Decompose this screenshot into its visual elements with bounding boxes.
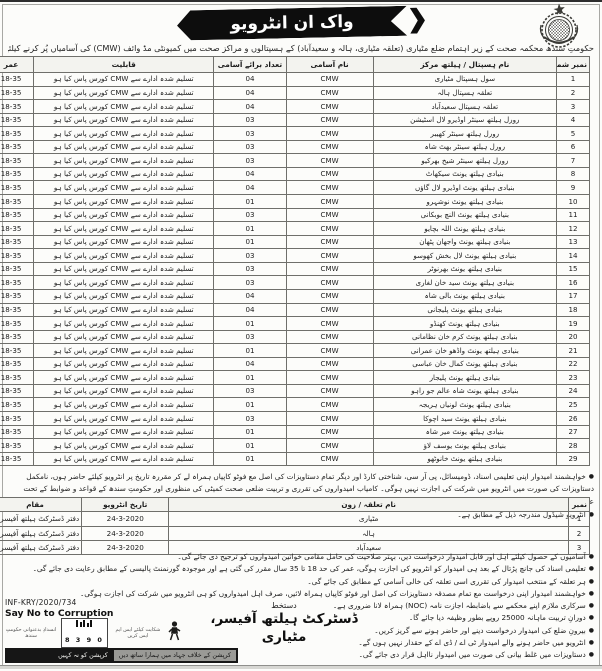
serial-cell: 2	[556, 86, 589, 100]
post-cell: CMW	[286, 140, 373, 154]
count-cell: 01	[214, 371, 286, 385]
qualification-cell: تسلیم شدہ ادارے سے CMW کورس پاس کیا ہو	[34, 72, 214, 86]
headline-banner: واک ان انٹرویو	[177, 5, 426, 40]
post-cell: CMW	[286, 72, 373, 86]
note-line: ●تعلیمی اسناد کی جانچ پڑتال کے بعد ہی ام…	[8, 563, 594, 575]
newspaper-advert-page: واک ان انٹرویو حکومتِ سندھ محکمہ صحت کے …	[0, 0, 602, 671]
serial-cell: 4	[556, 113, 589, 127]
vacancy-row: 23 بنیادی ہیلتھ یونٹ پلیجار CMW 01 تسلیم…	[0, 371, 590, 385]
post-cell: CMW	[286, 398, 373, 412]
vacancy-row: 8 بنیادی ہیلتھ یونٹ سیکھاٹ CMW 04 تسلیم …	[0, 167, 590, 181]
facility-cell: بنیادی ہیلتھ یونٹ النچ بوبکانی	[373, 208, 556, 222]
post-cell: CMW	[286, 357, 373, 371]
post-cell: CMW	[286, 384, 373, 398]
facility-cell: رورل ہیلتھ سینٹر اوڈیرو لال اسٹیشن	[373, 113, 556, 127]
vacancy-row: 21 بنیادی ہیلتھ یونٹ واڈھو خان عمرانی CM…	[0, 344, 590, 358]
serial-cell: 23	[556, 371, 589, 385]
qualification-cell: تسلیم شدہ ادارے سے CMW کورس پاس کیا ہو	[34, 249, 214, 263]
note-text: انٹرویو میں حاضر ہونے والے امیدوار ٹی اے…	[358, 638, 585, 647]
post-cell: CMW	[286, 452, 373, 466]
serial-cell: 27	[556, 425, 589, 439]
count-cell: 01	[214, 222, 286, 236]
count-cell: 03	[214, 113, 286, 127]
qualification-cell: تسلیم شدہ ادارے سے CMW کورس پاس کیا ہو	[34, 317, 214, 331]
age-cell: 18-35	[0, 235, 34, 249]
age-cell: 18-35	[0, 100, 34, 114]
banner-ribbon: واک ان انٹرویو	[177, 6, 408, 41]
age-cell: 18-35	[0, 425, 34, 439]
qualification-cell: تسلیم شدہ ادارے سے CMW کورس پاس کیا ہو	[34, 140, 214, 154]
count-cell: 03	[214, 262, 286, 276]
qualification-cell: تسلیم شدہ ادارے سے CMW کورس پاس کیا ہو	[34, 398, 214, 412]
serial-cell: 1	[568, 512, 589, 526]
count-cell: 04	[214, 357, 286, 371]
vacancy-row: 24 بنیادی ہیلتھ یونٹ شاہ عالم جو راہو CM…	[0, 384, 590, 398]
col-taluka: نام تعلقہ / زون	[169, 498, 569, 512]
col-serial: نمبر شمار	[556, 57, 589, 73]
facility-cell: بنیادی ہیلتھ یونٹ لونیاں ہریجہ	[373, 398, 556, 412]
age-cell: 18-35	[0, 140, 34, 154]
age-cell: 18-35	[0, 154, 34, 168]
col-date: تاریخ انٹرویو	[82, 498, 169, 512]
note-line: ●آسامیوں کے حصول کیلئے اہل اور قابل امید…	[8, 551, 594, 563]
facility-cell: بنیادی ہیلتھ یونٹ پلیجانی	[373, 303, 556, 317]
facility-cell: رورل ہیلتھ سینٹر کھیبر	[373, 127, 556, 141]
strip-dark-text: کرپشن کو نہ کہیں	[54, 652, 112, 659]
vacancy-row: 1 سول ہسپتال مٹیاری CMW 04 تسلیم شدہ ادا…	[0, 72, 590, 86]
serial-cell: 14	[556, 249, 589, 263]
facility-cell: بنیادی ہیلتھ یونٹ پلیجار	[373, 371, 556, 385]
count-cell: 04	[214, 72, 286, 86]
vacancy-row: 25 بنیادی ہیلتھ یونٹ لونیاں ہریجہ CMW 01…	[0, 398, 590, 412]
facility-cell: بنیادی ہیلتھ یونٹ خانوٹھو	[373, 452, 556, 466]
qualification-cell: تسلیم شدہ ادارے سے CMW کورس پاس کیا ہو	[34, 235, 214, 249]
count-cell: 03	[214, 249, 286, 263]
col-post: نام آسامی	[286, 57, 373, 73]
post-cell: CMW	[286, 330, 373, 344]
bullet-icon: ●	[589, 639, 594, 646]
anticorruption-strip: کرپشن کے خلاف جہاد میں ہمارا ساتھ دیں کر…	[5, 648, 238, 663]
note-text: تعلیمی اسناد کی جانچ پڑتال کے بعد ہی امی…	[33, 564, 586, 573]
serial-cell: 1	[556, 72, 589, 86]
facility-cell: بنیادی ہیلتھ یونٹ سید اچوکا	[373, 412, 556, 426]
vacancy-row: 15 بنیادی ہیلتھ یونٹ بھرنوٹر CMW 03 تسلی…	[0, 262, 590, 276]
serial-cell: 22	[556, 357, 589, 371]
facility-cell: بنیادی ہیلتھ یونٹ یوسف لاؤ	[373, 439, 556, 453]
age-cell: 18-35	[0, 181, 34, 195]
serial-cell: 11	[556, 208, 589, 222]
age-cell: 18-35	[0, 317, 34, 331]
age-cell: 18-35	[0, 262, 34, 276]
qualification-cell: تسلیم شدہ ادارے سے CMW کورس پاس کیا ہو	[34, 167, 214, 181]
facility-cell: بنیادی ہیلتھ یونٹ بھرنوٹر	[373, 262, 556, 276]
bullet-icon: ●	[589, 602, 594, 609]
qualification-cell: تسلیم شدہ ادارے سے CMW کورس پاس کیا ہو	[34, 100, 214, 114]
vacancy-row: 26 بنیادی ہیلتھ یونٹ سید اچوکا CMW 03 تس…	[0, 412, 590, 426]
age-cell: 18-35	[0, 276, 34, 290]
intro-text: حکومتِ سندھ محکمہ صحت کے زیرِ اہتمام ضلع…	[8, 43, 594, 53]
serial-cell: 16	[556, 276, 589, 290]
serial-cell: 28	[556, 439, 589, 453]
officer-title: ڈسٹرکٹ ہیلتھ آفیسر،	[208, 611, 360, 627]
age-cell: 18-35	[0, 72, 34, 86]
bullet-icon: ●	[589, 590, 594, 597]
count-cell: 01	[214, 425, 286, 439]
post-cell: CMW	[286, 222, 373, 236]
count-cell: 01	[214, 439, 286, 453]
facility-cell: بنیادی ہیلتھ یونٹ واجھان پٹھان	[373, 235, 556, 249]
age-cell: 18-35	[0, 303, 34, 317]
venue-cell: دفتر ڈسٹرکٹ ہیلتھ آفیسر مٹیاری	[0, 526, 82, 540]
count-cell: 03	[214, 330, 286, 344]
count-cell: 03	[214, 154, 286, 168]
count-cell: 03	[214, 412, 286, 426]
facility-cell: رورل ہیلتھ سینٹر بھٹ شاہ	[373, 140, 556, 154]
note-text: آسامیوں کے حصول کیلئے اہل اور قابل امیدو…	[177, 552, 585, 561]
vacancy-row: 2 تعلقہ ہسپتال ہالہ CMW 04 تسلیم شدہ ادا…	[0, 86, 590, 100]
facility-cell: بنیادی ہیلتھ یونٹ شاہ عالم جو راہو	[373, 384, 556, 398]
post-cell: CMW	[286, 127, 373, 141]
col-venue: مقام	[0, 498, 82, 512]
qualification-cell: تسلیم شدہ ادارے سے CMW کورس پاس کیا ہو	[34, 371, 214, 385]
qualification-cell: تسلیم شدہ ادارے سے CMW کورس پاس کیا ہو	[34, 262, 214, 276]
count-cell: 01	[214, 317, 286, 331]
bullet-icon: ●	[589, 553, 594, 560]
serial-cell: 25	[556, 398, 589, 412]
taluka-cell: مٹیاری	[169, 512, 569, 526]
age-cell: 18-35	[0, 371, 34, 385]
date-cell: 24-3-2020	[82, 512, 169, 526]
age-cell: 18-35	[0, 195, 34, 209]
post-cell: CMW	[286, 100, 373, 114]
venue-cell: دفتر ڈسٹرکٹ ہیلتھ آفیسر مٹیاری	[0, 512, 82, 526]
post-cell: CMW	[286, 86, 373, 100]
note-line: ●ہر تعلقہ کے منتخب امیدوار کی تقرری اسی …	[8, 576, 594, 588]
vacancy-row: 16 بنیادی ہیلتھ یونٹ سید خان لغاری CMW 0…	[0, 276, 590, 290]
serial-cell: 15	[556, 262, 589, 276]
post-cell: CMW	[286, 412, 373, 426]
count-cell: 04	[214, 303, 286, 317]
qualification-cell: تسلیم شدہ ادارے سے CMW کورس پاس کیا ہو	[34, 303, 214, 317]
vacancy-row: 27 بنیادی ہیلتھ یونٹ میر شاہ CMW 01 تسلی…	[0, 425, 590, 439]
note-text: بیرونِ ضلع کی امیدوار درخواست دینے اور ح…	[374, 626, 586, 635]
signature-block: دستخط ڈسٹرکٹ ہیلتھ آفیسر، مٹیاری	[208, 601, 360, 645]
officer-district: مٹیاری	[208, 629, 360, 645]
count-cell: 01	[214, 398, 286, 412]
count-cell: 03	[214, 140, 286, 154]
facility-cell: بنیادی ہیلتھ یونٹ اوڈیرو لال گاؤں	[373, 181, 556, 195]
qualification-cell: تسلیم شدہ ادارے سے CMW کورس پاس کیا ہو	[34, 154, 214, 168]
qualification-cell: تسلیم شدہ ادارے سے CMW کورس پاس کیا ہو	[34, 330, 214, 344]
vacancy-row: 14 بنیادی ہیلتھ یونٹ لال بخش کھوسو CMW 0…	[0, 249, 590, 263]
facility-cell: بنیادی ہیلتھ یونٹ اللہ بچایو	[373, 222, 556, 236]
count-cell: 04	[214, 181, 286, 195]
post-cell: CMW	[286, 262, 373, 276]
post-cell: CMW	[286, 303, 373, 317]
serial-cell: 26	[556, 412, 589, 426]
vacancy-row: 13 بنیادی ہیلتھ یونٹ واجھان پٹھان CMW 01…	[0, 235, 590, 249]
age-cell: 18-35	[0, 398, 34, 412]
post-cell: CMW	[286, 276, 373, 290]
bullet-icon: ●	[589, 565, 594, 572]
count-cell: 04	[214, 289, 286, 303]
age-cell: 18-35	[0, 452, 34, 466]
vacancy-row: 11 بنیادی ہیلتھ یونٹ النچ بوبکانی CMW 03…	[0, 208, 590, 222]
facility-cell: بنیادی ہیلتھ یونٹ سید خان لغاری	[373, 276, 556, 290]
note-text: ہر تعلقہ کے منتخب امیدوار کی تقرری اسی ت…	[307, 577, 585, 586]
vacancy-row: 18 بنیادی ہیلتھ یونٹ پلیجانی CMW 04 تسلی…	[0, 303, 590, 317]
post-cell: CMW	[286, 344, 373, 358]
serial-cell: 29	[556, 452, 589, 466]
qualification-cell: تسلیم شدہ ادارے سے CMW کورس پاس کیا ہو	[34, 276, 214, 290]
count-cell: 03	[214, 127, 286, 141]
qualification-cell: تسلیم شدہ ادارے سے CMW کورس پاس کیا ہو	[34, 208, 214, 222]
hotline-code: 8 3 9 0	[61, 618, 108, 648]
qualification-cell: تسلیم شدہ ادارے سے CMW کورس پاس کیا ہو	[34, 452, 214, 466]
col-age: عمر	[0, 57, 34, 73]
vacancy-table: نمبر شمار نام ہسپتال / ہیلتھ مرکز نام آس…	[0, 56, 590, 466]
note-text: دستاویزات میں غلط بیانی کی صورت میں امید…	[359, 650, 586, 659]
serial-cell: 8	[556, 167, 589, 181]
count-cell: 03	[214, 208, 286, 222]
note-text: سرکاری ملازم اپنے محکمے سے باضابطہ اجازت…	[333, 601, 586, 610]
post-cell: CMW	[286, 289, 373, 303]
serial-cell: 20	[556, 330, 589, 344]
vacancy-row: 5 رورل ہیلتھ سینٹر کھیبر CMW 03 تسلیم شد…	[0, 127, 590, 141]
serial-cell: 18	[556, 303, 589, 317]
qualification-cell: تسلیم شدہ ادارے سے CMW کورس پاس کیا ہو	[34, 127, 214, 141]
post-cell: CMW	[286, 195, 373, 209]
serial-cell: 2	[568, 526, 589, 540]
age-cell: 18-35	[0, 289, 34, 303]
vacancy-row: 12 بنیادی ہیلتھ یونٹ اللہ بچایو CMW 01 ت…	[0, 222, 590, 236]
age-cell: 18-35	[0, 222, 34, 236]
logo-caption-right: انسدادِ بدعنوانی حکومتِ سندھ	[5, 627, 57, 639]
col-count: تعداد برائے آسامی	[214, 57, 286, 73]
vacancy-row: 17 بنیادی ہیلتھ یونٹ بالی شاہ CMW 04 تسل…	[0, 289, 590, 303]
serial-cell: 12	[556, 222, 589, 236]
post-cell: CMW	[286, 208, 373, 222]
serial-cell: 17	[556, 289, 589, 303]
bullet-icon: ●	[589, 578, 594, 585]
facility-cell: بنیادی ہیلتھ یونٹ بالی شاہ	[373, 289, 556, 303]
qualification-cell: تسلیم شدہ ادارے سے CMW کورس پاس کیا ہو	[34, 412, 214, 426]
mascot-icon	[168, 621, 181, 646]
scan-edge	[0, 0, 602, 2]
serial-cell: 10	[556, 195, 589, 209]
note-text: خواہشمند امیدوار اپنی درخواست مع تمام مص…	[80, 589, 586, 598]
schedule-table: نمبر شمار نام تعلقہ / زون تاریخ انٹرویو …	[0, 497, 590, 555]
vacancy-row: 6 رورل ہیلتھ سینٹر بھٹ شاہ CMW 03 تسلیم …	[0, 140, 590, 154]
age-cell: 18-35	[0, 208, 34, 222]
banner-chevron-icon	[410, 7, 426, 33]
serial-cell: 7	[556, 154, 589, 168]
qualification-cell: تسلیم شدہ ادارے سے CMW کورس پاس کیا ہو	[34, 439, 214, 453]
vacancy-row: 20 بنیادی ہیلتھ یونٹ کرم خان نظامانی CMW…	[0, 330, 590, 344]
schedule-row: 1 مٹیاری 24-3-2020 دفتر ڈسٹرکٹ ہیلتھ آفی…	[0, 512, 590, 526]
qualification-cell: تسلیم شدہ ادارے سے CMW کورس پاس کیا ہو	[34, 384, 214, 398]
post-cell: CMW	[286, 371, 373, 385]
serial-cell: 5	[556, 127, 589, 141]
vacancy-row: 4 رورل ہیلتھ سینٹر اوڈیرو لال اسٹیشن CMW…	[0, 113, 590, 127]
qualification-cell: تسلیم شدہ ادارے سے CMW کورس پاس کیا ہو	[34, 86, 214, 100]
schedule-table-header: نمبر شمار نام تعلقہ / زون تاریخ انٹرویو …	[0, 498, 590, 512]
vacancy-row: 28 بنیادی ہیلتھ یونٹ یوسف لاؤ CMW 01 تسل…	[0, 439, 590, 453]
age-cell: 18-35	[0, 384, 34, 398]
date-cell: 24-3-2020	[82, 526, 169, 540]
bullet-icon: ●	[589, 614, 594, 621]
facility-cell: تعلقہ ہسپتال ہالہ	[373, 86, 556, 100]
post-cell: CMW	[286, 181, 373, 195]
age-cell: 18-35	[0, 330, 34, 344]
post-cell: CMW	[286, 235, 373, 249]
col-qualification: قابلیت	[34, 57, 214, 73]
barcode-icon	[65, 620, 104, 627]
facility-cell: بنیادی ہیلتھ یونٹ واڈھو خان عمرانی	[373, 344, 556, 358]
qualification-cell: تسلیم شدہ ادارے سے CMW کورس پاس کیا ہو	[34, 181, 214, 195]
bottom-rule	[0, 665, 602, 669]
facility-cell: بنیادی ہیلتھ یونٹ کرم خان نظامانی	[373, 330, 556, 344]
count-cell: 03	[214, 384, 286, 398]
col-facility: نام ہسپتال / ہیلتھ مرکز	[373, 57, 556, 73]
count-cell: 01	[214, 452, 286, 466]
signature-label: دستخط	[208, 601, 360, 610]
serial-cell: 24	[556, 384, 589, 398]
vacancy-row: 10 بنیادی ہیلتھ یونٹ نوشہرو CMW 01 تسلیم…	[0, 195, 590, 209]
age-cell: 18-35	[0, 127, 34, 141]
facility-cell: بنیادی ہیلتھ یونٹ کمال خان عباسی	[373, 357, 556, 371]
serial-cell: 9	[556, 181, 589, 195]
qualification-cell: تسلیم شدہ ادارے سے CMW کورس پاس کیا ہو	[34, 425, 214, 439]
serial-cell: 19	[556, 317, 589, 331]
age-cell: 18-35	[0, 86, 34, 100]
serial-cell: 3	[556, 100, 589, 114]
note-text: دورانِ تربیت ماہانہ 25000 روپے بطور وظیف…	[409, 613, 586, 622]
vacancy-row: 22 بنیادی ہیلتھ یونٹ کمال خان عباسی CMW …	[0, 357, 590, 371]
age-cell: 18-35	[0, 439, 34, 453]
post-cell: CMW	[286, 113, 373, 127]
post-cell: CMW	[286, 439, 373, 453]
serial-cell: 6	[556, 140, 589, 154]
serial-cell: 13	[556, 235, 589, 249]
logo-caption-left: شکایت کیلئے ایس ایم ایس کریں	[112, 627, 164, 639]
age-cell: 18-35	[0, 113, 34, 127]
strip-gray-text: کرپشن کے خلاف جہاد میں ہمارا ساتھ دیں	[114, 650, 236, 661]
count-cell: 01	[214, 344, 286, 358]
vacancy-row: 9 بنیادی ہیلتھ یونٹ اوڈیرو لال گاؤں CMW …	[0, 181, 590, 195]
facility-cell: بنیادی ہیلتھ یونٹ کھنڈو	[373, 317, 556, 331]
count-cell: 01	[214, 235, 286, 249]
post-cell: CMW	[286, 167, 373, 181]
post-cell: CMW	[286, 317, 373, 331]
serial-cell: 21	[556, 344, 589, 358]
age-cell: 18-35	[0, 167, 34, 181]
col-serial: نمبر شمار	[568, 498, 589, 512]
facility-cell: بنیادی ہیلتھ یونٹ سیکھاٹ	[373, 167, 556, 181]
qualification-cell: تسلیم شدہ ادارے سے CMW کورس پاس کیا ہو	[34, 195, 214, 209]
age-cell: 18-35	[0, 357, 34, 371]
age-cell: 18-35	[0, 344, 34, 358]
post-cell: CMW	[286, 249, 373, 263]
taluka-cell: ہالہ	[169, 526, 569, 540]
facility-cell: بنیادی ہیلتھ یونٹ میر شاہ	[373, 425, 556, 439]
qualification-cell: تسلیم شدہ ادارے سے CMW کورس پاس کیا ہو	[34, 357, 214, 371]
vacancy-row: 19 بنیادی ہیلتھ یونٹ کھنڈو CMW 01 تسلیم …	[0, 317, 590, 331]
facility-cell: بنیادی ہیلتھ یونٹ نوشہرو	[373, 195, 556, 209]
age-cell: 18-35	[0, 412, 34, 426]
qualification-cell: تسلیم شدہ ادارے سے CMW کورس پاس کیا ہو	[34, 113, 214, 127]
vacancy-table-header: نمبر شمار نام ہسپتال / ہیلتھ مرکز نام آس…	[0, 57, 590, 73]
hotline-number: 8 3 9 0	[65, 636, 104, 644]
banner-title: واک ان انٹرویو	[177, 6, 408, 41]
facility-cell: رورل ہیلتھ سینٹر شیخ بھرکیو	[373, 154, 556, 168]
qualification-cell: تسلیم شدہ ادارے سے CMW کورس پاس کیا ہو	[34, 222, 214, 236]
facility-cell: تعلقہ ہسپتال سعیدآباد	[373, 100, 556, 114]
count-cell: 04	[214, 167, 286, 181]
facility-cell: سول ہسپتال مٹیاری	[373, 72, 556, 86]
count-cell: 04	[214, 86, 286, 100]
post-cell: CMW	[286, 425, 373, 439]
count-cell: 04	[214, 100, 286, 114]
count-cell: 01	[214, 195, 286, 209]
qualification-cell: تسلیم شدہ ادارے سے CMW کورس پاس کیا ہو	[34, 289, 214, 303]
qualification-cell: تسلیم شدہ ادارے سے CMW کورس پاس کیا ہو	[34, 344, 214, 358]
bullet-icon: ●	[589, 651, 594, 658]
schedule-row: 2 ہالہ 24-3-2020 دفتر ڈسٹرکٹ ہیلتھ آفیسر…	[0, 526, 590, 540]
bullet-icon: ●	[589, 627, 594, 634]
facility-cell: بنیادی ہیلتھ یونٹ لال بخش کھوسو	[373, 249, 556, 263]
bullet-icon: ●	[589, 473, 594, 480]
post-cell: CMW	[286, 154, 373, 168]
count-cell: 03	[214, 276, 286, 290]
age-cell: 18-35	[0, 249, 34, 263]
vacancy-row: 29 بنیادی ہیلتھ یونٹ خانوٹھو CMW 01 تسلی…	[0, 452, 590, 466]
vacancy-row: 7 رورل ہیلتھ سینٹر شیخ بھرکیو CMW 03 تسل…	[0, 154, 590, 168]
vacancy-row: 3 تعلقہ ہسپتال سعیدآباد CMW 04 تسلیم شدہ…	[0, 100, 590, 114]
